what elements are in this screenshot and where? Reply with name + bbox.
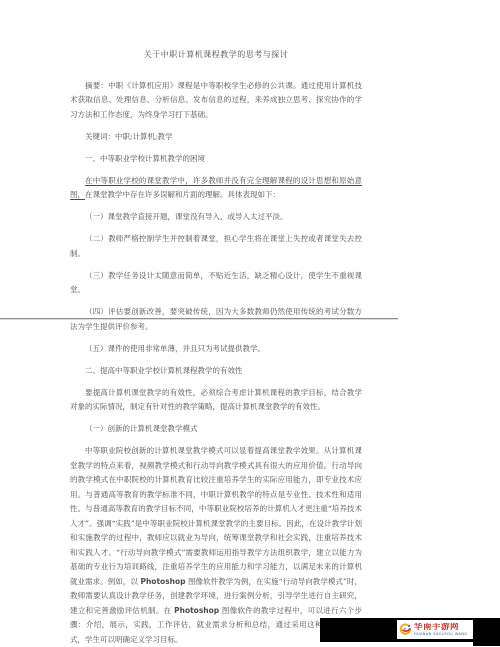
photoshop-word: Photoshop — [140, 577, 185, 586]
keywords-line: 关键词：中职;计算机;教学 — [70, 130, 362, 145]
article-title: 关于中职计算机课程教学的思考与探讨 — [70, 48, 362, 63]
list-item-2: （二）教师严格控制学生并控制着课堂，担心学生将在课堂上失控或者课堂失去控制。 — [70, 232, 362, 261]
section-2-intro: 要提高计算机课堂教学的有效性，必须综合考虑计算机课程的教学目标，结合教学对象的实… — [70, 386, 362, 415]
abstract-paragraph: 摘要：中职《计算机应用》课程是中等职校学生必修的公共课。通过使用计算机技术获取信… — [70, 79, 362, 123]
article: 关于中职计算机课程教学的思考与探讨 摘要：中职《计算机应用》课程是中等职校学生必… — [70, 48, 362, 647]
list-item-1: （一）课堂教学直接开题，课堂没有导入，或导入太过平淡。 — [70, 210, 362, 225]
list-item-5: （五）课件的使用非常单薄，并且只为考试提供教学。 — [70, 342, 362, 357]
photoshop-word: Photoshop — [174, 606, 219, 615]
watermark-logo: 华南手游网 HUANAN SHOUYOU WANG — [397, 620, 473, 639]
section-1-intro-rest: 在课堂教学中存在许多误解和片面的理解。具体表现如下： — [85, 190, 280, 199]
list-item-4: （四）评估要创新改善，要突破传统，因为大多数教师仍然使用传统的考试分数方法为学生… — [70, 305, 362, 334]
subsection-heading: （一）创新的计算机课堂教学模式 — [70, 422, 362, 437]
site-logo-swirl-icon — [399, 623, 412, 636]
document-page: 关于中职计算机课程教学的思考与探讨 摘要：中职《计算机应用》课程是中等职校学生必… — [0, 0, 500, 647]
site-tagline: HUANAN SHOUYOU WANG — [414, 633, 467, 637]
section-2-heading: 二、提高中等职业学校计算机课程教学的有效性 — [70, 364, 362, 379]
scan-artifact-line — [0, 318, 398, 319]
body-text-segment: 中等职业院校创新的计算机课堂教学模式可以显着提高课堂教学效果。从计算机课堂教学的… — [70, 446, 362, 586]
list-item-3: （三）教学任务设计太随意而简单，不贴近生活，缺乏精心设计，使学生不重视课堂。 — [70, 269, 362, 298]
body-paragraph: 中等职业院校创新的计算机课堂教学模式可以显着提高课堂教学效果。从计算机课堂教学的… — [70, 444, 362, 647]
section-1-intro: 在中等职业学校的课堂教学中，许多教师并没有完全理解课程的设计思想和原始意图，在课… — [70, 174, 362, 203]
watermark-texts: 华南手游网 HUANAN SHOUYOU WANG — [414, 623, 467, 636]
section-1-heading: 一、中等职业学校计算机教学的困境 — [70, 152, 362, 167]
site-name: 华南手游网 — [414, 623, 467, 632]
